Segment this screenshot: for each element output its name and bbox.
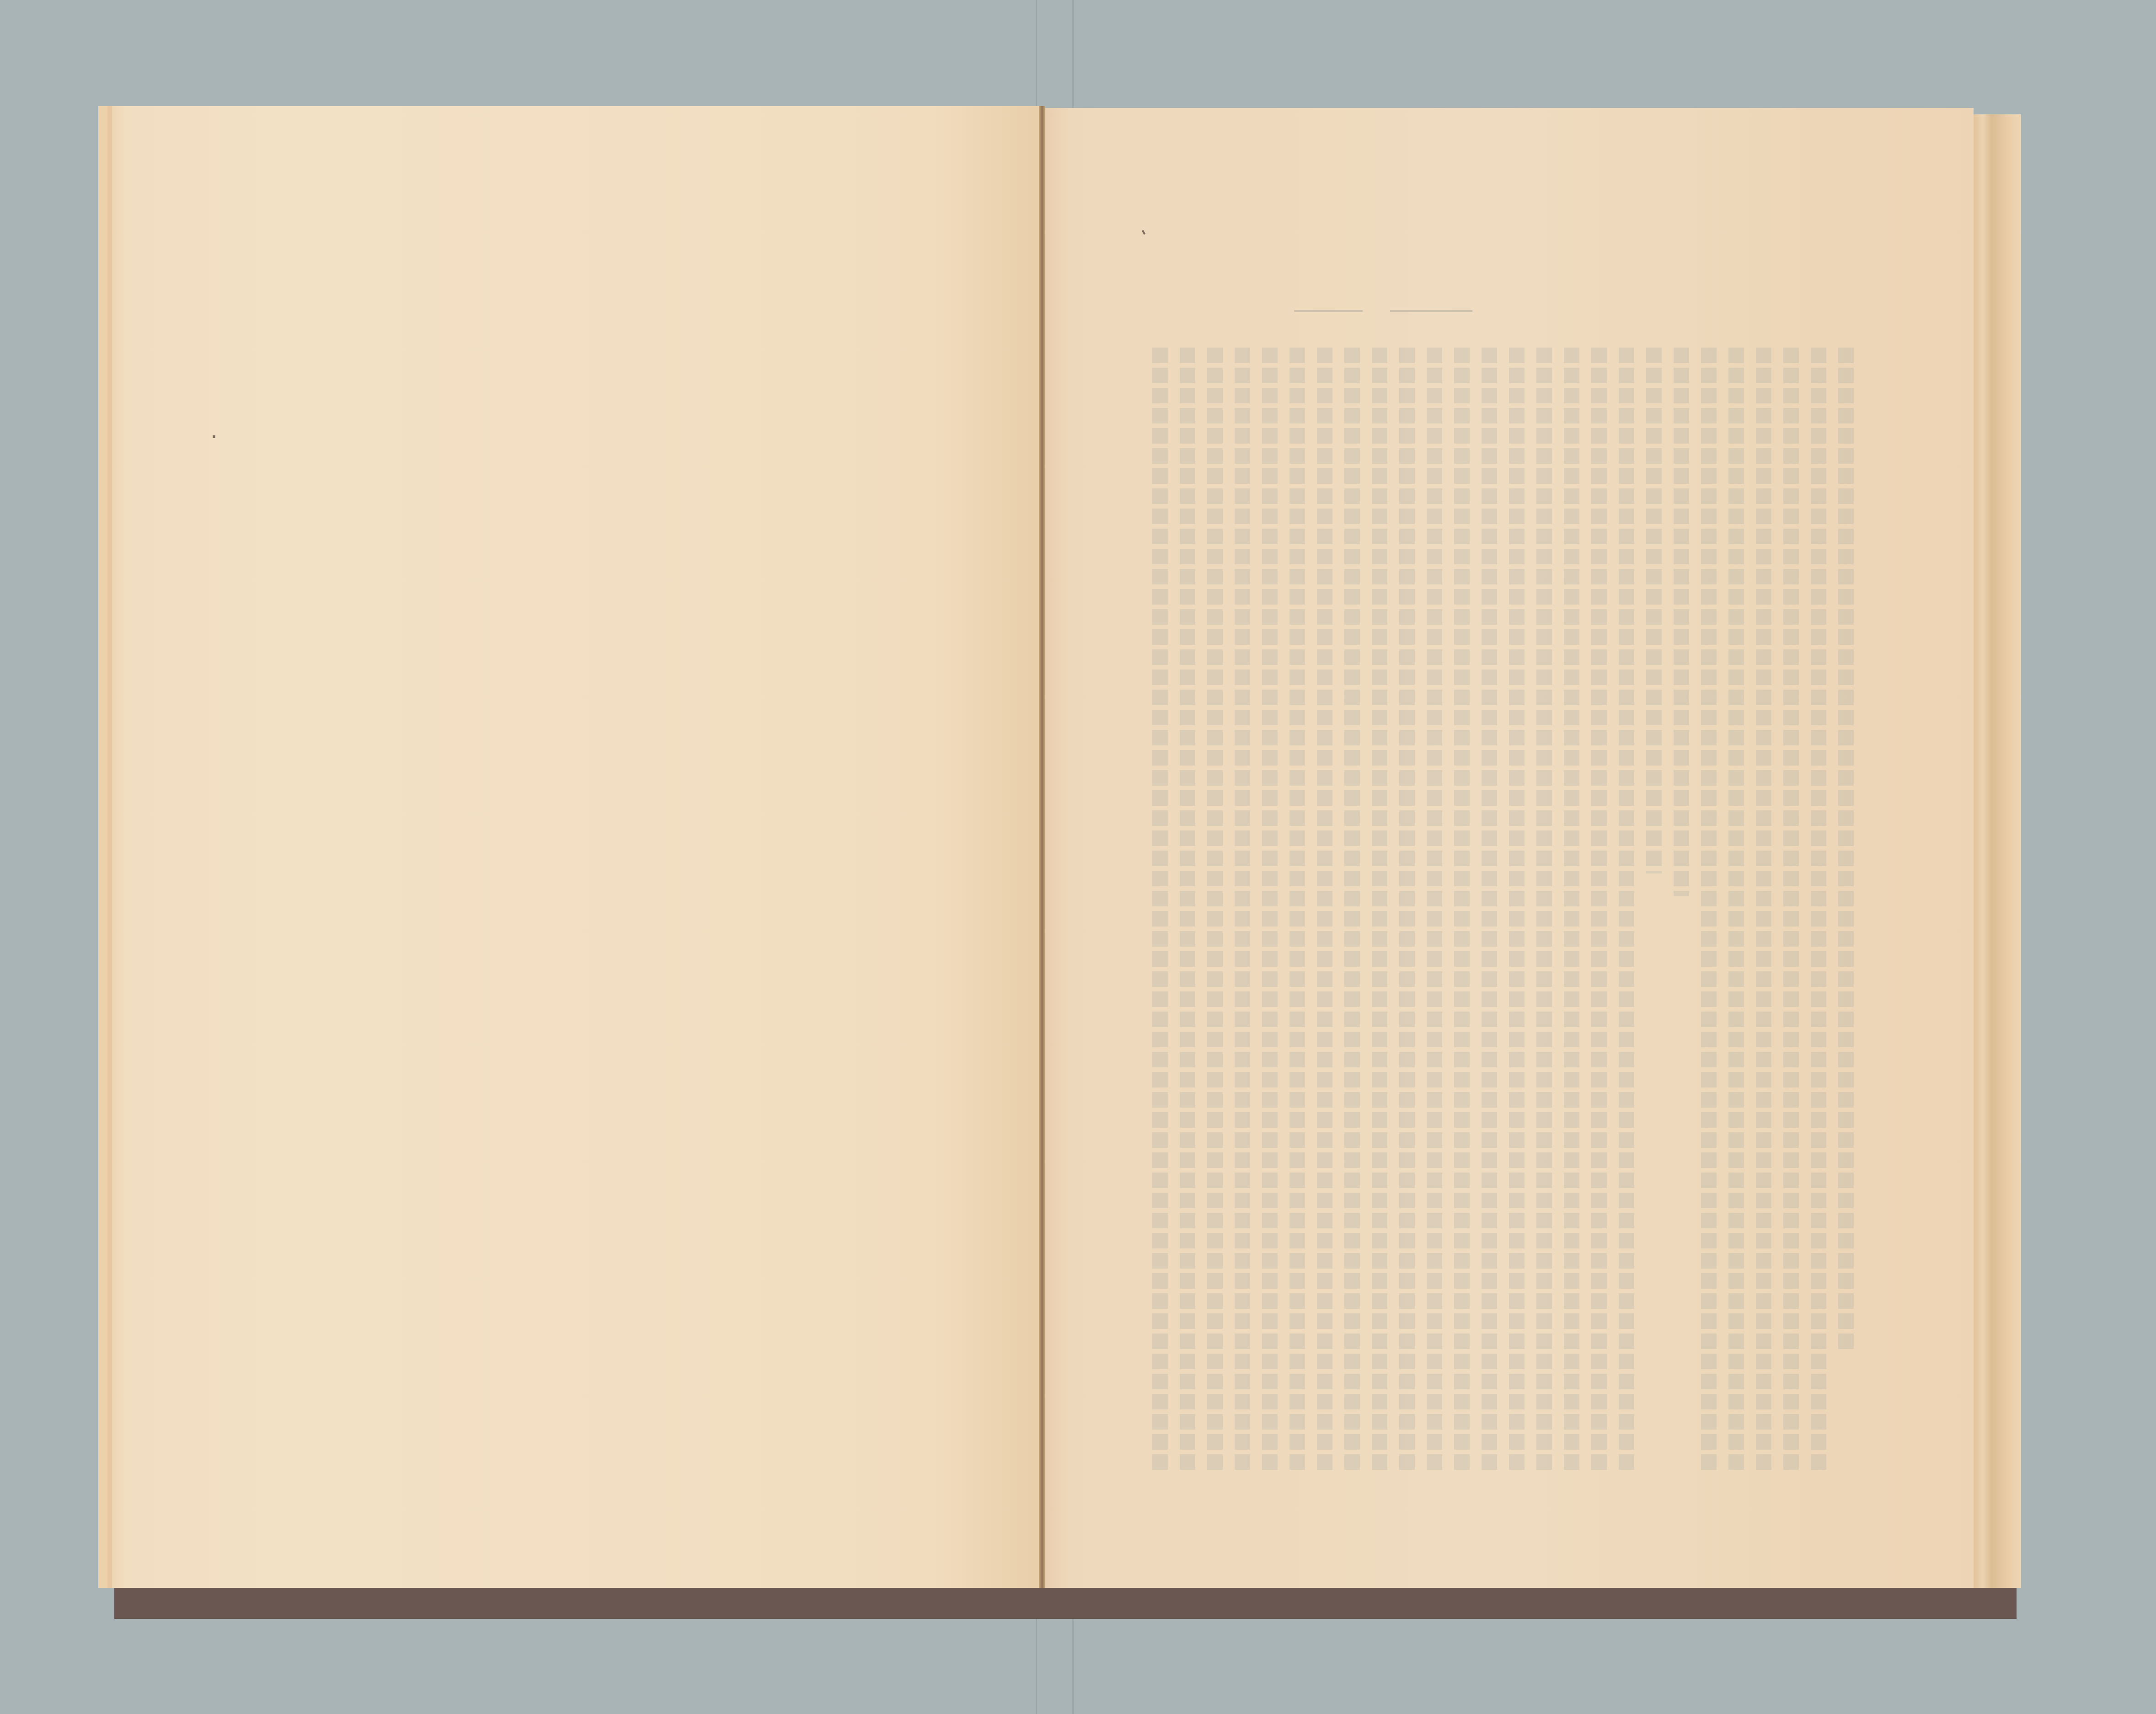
running-head xyxy=(1294,297,1879,325)
text-column xyxy=(1180,348,1195,1473)
left-page-edge xyxy=(107,106,112,1588)
running-head-rule-right xyxy=(1390,310,1472,312)
text-column xyxy=(1701,348,1717,1473)
text-column xyxy=(1317,348,1332,1473)
text-column xyxy=(1728,348,1744,1473)
book-shadow xyxy=(114,1585,2017,1619)
book-gutter xyxy=(1039,106,1045,1588)
text-column xyxy=(1235,348,1250,1473)
paper-speck xyxy=(213,435,215,438)
text-column xyxy=(1811,348,1826,1473)
running-head-rule-left xyxy=(1294,310,1363,312)
text-column xyxy=(1783,348,1799,1473)
text-column xyxy=(1591,348,1607,1473)
text-column xyxy=(1482,348,1497,1473)
text-column xyxy=(1262,348,1278,1473)
text-column xyxy=(1152,348,1168,1473)
text-column xyxy=(1564,348,1579,1473)
text-column xyxy=(1674,348,1689,896)
text-column xyxy=(1372,348,1387,1473)
text-column xyxy=(1289,348,1305,1473)
text-column xyxy=(1509,348,1525,1473)
left-page xyxy=(98,106,1039,1588)
text-column xyxy=(1399,348,1415,1473)
text-column xyxy=(1454,348,1470,1473)
text-column xyxy=(1619,348,1634,1473)
show-through-text xyxy=(1143,348,1856,1482)
text-column xyxy=(1756,348,1771,1473)
text-column xyxy=(1427,348,1442,1473)
text-column xyxy=(1207,348,1223,1473)
text-column xyxy=(1646,348,1662,873)
page-stack-edge xyxy=(1974,114,2021,1588)
text-column xyxy=(1344,348,1360,1473)
text-column xyxy=(1838,348,1854,1354)
text-column xyxy=(1536,348,1552,1473)
paper-speck xyxy=(1142,230,1145,235)
